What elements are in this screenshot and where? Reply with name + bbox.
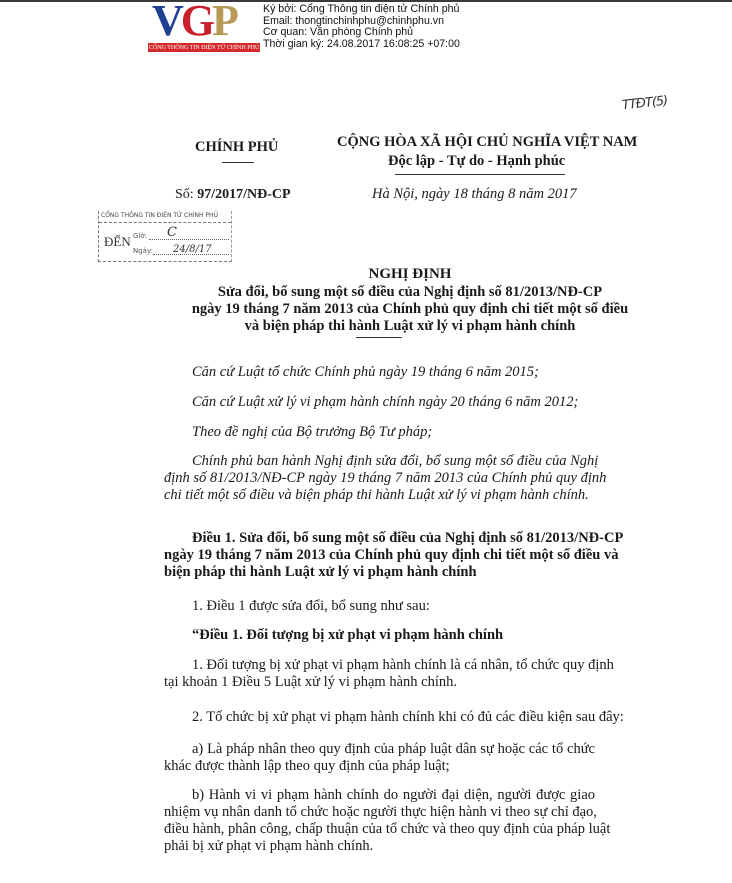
stamp-title: CỔNG THÔNG TIN ĐIỆN TỬ CHÍNH PHỦ (101, 212, 218, 219)
motto-underline (395, 174, 565, 175)
article-1-heading: Điều 1. Sửa đổi, bổ sung một số điều của… (164, 530, 595, 581)
stamp-date-value: 24/8/17 (173, 244, 212, 255)
stamp-hour-line (149, 239, 229, 240)
decree-title: NGHỊ ĐỊNH (44, 266, 732, 283)
stamp-date-label: Ngày: (133, 247, 153, 255)
received-stamp: CỔNG THÔNG TIN ĐIỆN TỬ CHÍNH PHỦ ĐẾN Giờ… (98, 211, 232, 262)
signed-by: Ký bởi: Cổng Thông tin điện tử Chính phủ (263, 4, 460, 16)
signature-details: Ký bởi: Cổng Thông tin điện tử Chính phủ… (263, 3, 460, 53)
vgp-logo: VGP CỔNG THÔNG TIN ĐIỆN TỬ CHÍNH PHỦ (148, 3, 260, 53)
promulgation-paragraph: Chính phủ ban hành Nghị định sửa đổi, bổ… (164, 453, 595, 504)
stamp-hour-value: C (167, 225, 177, 240)
top-border (0, 0, 732, 2)
national-motto: Độc lập - Tự do - Hạnh phúc (388, 153, 565, 170)
stamp-den: ĐẾN (104, 234, 131, 250)
item-1: 1. Đối tượng bị xử phạt vi phạm hành chí… (164, 657, 595, 691)
issuer: CHÍNH PHỦ (195, 139, 278, 156)
signed-time: Thời gian ký: 24.08.2017 16:08:25 +07:00 (263, 39, 460, 51)
national-title: CỘNG HÒA XÃ HỘI CHỦ NGHĨA VIỆT NAM (337, 134, 637, 151)
vgp-logo-letters: VGP (152, 0, 236, 43)
title-underline (356, 337, 402, 338)
clause-1-intro: 1. Điều 1 được sửa đổi, bổ sung như sau: (192, 598, 430, 615)
stamp-hour-label: Giờ: (133, 232, 147, 240)
legal-basis: Căn cứ Luật xử lý vi phạm hành chính ngà… (192, 394, 578, 411)
place-date: Hà Nội, ngày 18 tháng 8 năm 2017 (372, 186, 577, 203)
document-number: Số: 97/2017/NĐ-CP (175, 187, 291, 203)
item-2a: a) Là pháp nhân theo quy định của pháp l… (164, 741, 595, 775)
issuer-underline (222, 162, 254, 163)
digital-signature-block: VGP CỔNG THÔNG TIN ĐIỆN TỬ CHÍNH PHỦ Ký … (148, 3, 460, 53)
legal-basis: Căn cứ Luật tổ chức Chính phủ ngày 19 th… (192, 364, 539, 381)
handwritten-note: TTĐT(5) (621, 94, 668, 114)
decree-subtitle: Sửa đổi, bổ sung một số điều của Nghị đị… (44, 284, 732, 335)
quoted-article-heading: “Điều 1. Đối tượng bị xử phạt vi phạm hà… (192, 627, 503, 644)
legal-basis: Theo đề nghị của Bộ trưởng Bộ Tư pháp; (192, 424, 432, 441)
item-2b: b) Hành vi vi phạm hành chính do người đ… (164, 787, 595, 855)
vgp-logo-band: CỔNG THÔNG TIN ĐIỆN TỬ CHÍNH PHỦ (148, 43, 260, 52)
stamp-divider (99, 222, 231, 223)
item-2: 2. Tổ chức bị xử phạt vi phạm hành chính… (192, 709, 624, 726)
